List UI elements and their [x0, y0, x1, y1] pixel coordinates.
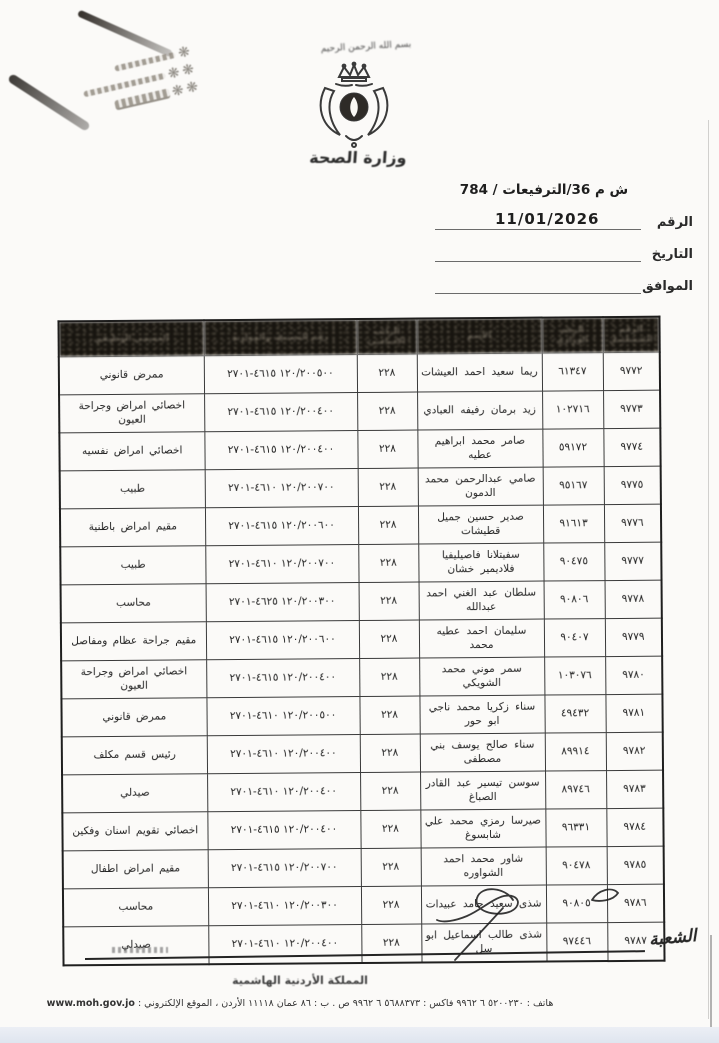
- cell-ministerial-number: ٩٠٤٧٨: [546, 847, 607, 885]
- promotions-table-wrapper: الرقم المتسلسل الرقم الوزاري الاسم الرات…: [57, 316, 663, 967]
- cell-job-title: اخصائي امراض وجراحة العيون: [59, 394, 204, 433]
- cell-job-title: محاسب: [61, 584, 206, 623]
- cell-name: شاور محمد احمد الشواوره: [421, 847, 546, 886]
- cell-base-number: ٢٢٨: [359, 696, 419, 734]
- cell-base-number: ٢٢٨: [360, 772, 420, 810]
- header-grade-code: رقم التصنيف والموازنة: [203, 319, 356, 356]
- cell-grade-code: ١٢٠/٢٠٠٧٠٠ ٤٦١٠-٢٧٠١: [205, 469, 358, 508]
- cell-job-title: اخصائي امراض نفسيه: [59, 432, 204, 471]
- cell-name: زيد برمان رفيفه العبادي: [417, 391, 542, 430]
- cell-base-number: ٢٢٨: [361, 886, 421, 924]
- cell-job-title: طبيب: [60, 470, 205, 509]
- reference-number-line: ش م 36/الترفيعات / 784: [423, 182, 665, 198]
- cell-base-number: ٢٢٨: [359, 658, 419, 696]
- cell-grade-code: ١٢٠/٢٠٠٦٠٠ ٤٦١٥-٢٧٠١: [206, 621, 359, 660]
- cell-name: ريما سعيد احمد العيشات: [417, 353, 542, 392]
- cell-grade-code: ١٢٠/٢٠٠٧٠٠ ٤٦١٥-٢٧٠١: [208, 849, 361, 888]
- corresponding-underline: [435, 279, 641, 294]
- cell-serial: ٩٧٨٤: [606, 808, 663, 846]
- cell-ministerial-number: ٩١٦١٣: [543, 505, 604, 543]
- ministry-title: وزارة الصحة: [287, 148, 428, 167]
- table-row: ٩٧٨٢ ٨٩٩١٤ سناء صالح يوسف بني مصطفى ٢٢٨ …: [62, 732, 663, 775]
- cell-ministerial-number: ٨٩٧٤٦: [545, 771, 606, 809]
- website-text: www.moh.gov.jo: [47, 998, 135, 1009]
- date-label: التاريخ: [641, 247, 693, 262]
- basmala-calligraphy: بسم الله الرحمن الرحيم: [318, 39, 414, 54]
- handwritten-signature: [415, 882, 575, 971]
- cell-ministerial-number: ٦١٣٤٧: [542, 353, 603, 391]
- kingdom-name: المملكة الأردنية الهاشمية: [0, 974, 600, 987]
- cell-job-title: اخصائي امراض وجراحة العيون: [61, 660, 206, 699]
- cell-ministerial-number: ٩٥١٦٧: [543, 467, 604, 505]
- cell-base-number: ٢٢٨: [357, 392, 417, 430]
- cell-grade-code: ١٢٠/٢٠٠٤٠٠ ٤٦١٥-٢٧٠١: [206, 659, 359, 698]
- cell-serial: ٩٧٨٥: [607, 846, 664, 884]
- promotion-table-body: ٩٧٧٢ ٦١٣٤٧ ريما سعيد احمد العيشات ٢٢٨ ١٢…: [59, 352, 665, 965]
- cell-ministerial-number: ٥٩١٧٢: [542, 429, 603, 467]
- cell-job-title: مقيم جراحة عظام ومفاصل: [61, 622, 206, 661]
- cell-name: سناء زكريا محمد ناجي ابو حور: [419, 695, 544, 734]
- cell-name: سوسن تيسير عبد القادر الصباغ: [420, 771, 545, 810]
- crest-graphic: [311, 60, 397, 150]
- cell-grade-code: ١٢٠/٢٠٠٤٠٠ ٤٦١٠-٢٧٠١: [207, 773, 360, 812]
- rubber-stamp: ❋ ❋ ❋ ❋ ❋: [32, 41, 201, 134]
- cell-job-title: صيدلي: [62, 774, 207, 813]
- cell-serial: ٩٧٧٥: [604, 466, 661, 504]
- field-number: الرقم 11/01/2026: [423, 215, 693, 230]
- cell-name: صدير حسين جميل قطيشات: [418, 505, 543, 544]
- scan-edge-shadow: [710, 935, 712, 1027]
- cell-base-number: ٢٢٨: [358, 506, 418, 544]
- table-row: ٩٧٧٦ ٩١٦١٣ صدير حسين جميل قطيشات ٢٢٨ ١٢٠…: [60, 504, 661, 547]
- cell-name: صامر محمد ابراهيم عطيه: [417, 429, 542, 468]
- cell-grade-code: ١٢٠/٢٠٠٤٠٠ ٤٦١٥-٢٧٠١: [204, 393, 357, 432]
- table-header: الرقم المتسلسل الرقم الوزاري الاسم الرات…: [58, 317, 659, 357]
- cell-serial: ٩٧٧٩: [605, 618, 662, 656]
- cell-grade-code: ١٢٠/٢٠٠٤٠٠ ٤٦١٠-٢٧٠١: [207, 735, 360, 774]
- cell-serial: ٩٧٧٢: [603, 352, 660, 390]
- jordan-royal-crest: [311, 60, 397, 154]
- number-label: الرقم: [641, 215, 693, 230]
- cell-name: سلطان عبد الغني احمد عبدالله: [419, 581, 544, 620]
- scanned-document-page: ❋ ❋ ❋ ❋ ❋ بسم الله الرحمن الرحيم: [0, 0, 719, 1043]
- handwritten-check-mark: [586, 884, 630, 914]
- header-ministerial-number: الرقم الوزاري: [541, 317, 602, 353]
- flower-star-icon: ❋: [177, 45, 192, 61]
- cell-serial: ٩٧٨١: [605, 694, 662, 732]
- cell-base-number: ٢٢٨: [358, 544, 418, 582]
- cell-ministerial-number: ٩٠٤٧٥: [543, 543, 604, 581]
- table-row: ٩٧٨٠ ١٠٣٠٧٦ سمر موني محمد الشويكي ٢٢٨ ١٢…: [61, 656, 662, 699]
- cell-ministerial-number: ٤٩٤٣٢: [544, 695, 605, 733]
- cell-base-number: ٢٢٨: [357, 430, 417, 468]
- cell-grade-code: ١٢٠/٢٠٠٤٠٠ ٤٦١٥-٢٧٠١: [204, 431, 357, 470]
- cell-job-title: مقيم امراض اطفال: [63, 850, 208, 889]
- cell-base-number: ٢٢٨: [358, 468, 418, 506]
- cell-grade-code: ١٢٠/٢٠٠٤٠٠ ٤٦١٠-٢٧٠١: [208, 925, 361, 965]
- cell-ministerial-number: ٩٠٨٠٦: [544, 581, 605, 619]
- cell-base-number: ٢٢٨: [361, 924, 421, 963]
- cell-ministerial-number: ١٠٣٠٧٦: [544, 657, 605, 695]
- header-job-title: المسمى الوظيفي: [58, 320, 203, 357]
- cell-serial: ٩٧٧٣: [603, 390, 660, 428]
- field-date: التاريخ: [423, 247, 693, 262]
- cell-grade-code: ١٢٠/٢٠٠٣٠٠ ٤٦١٠-٢٧٠١: [208, 887, 361, 926]
- reference-block: ش م 36/الترفيعات / 784 الرقم 11/01/2026 …: [423, 182, 693, 294]
- cell-name: صيرسا رمزي محمد علي شابسوغ: [420, 809, 545, 848]
- cell-serial: ٩٧٨٣: [606, 770, 663, 808]
- cell-ministerial-number: ٩٦٣٣١: [545, 809, 606, 847]
- cell-grade-code: ١٢٠/٢٠٠٤٠٠ ٤٦١٥-٢٧٠١: [207, 811, 360, 850]
- flower-star-icon: ❋: [185, 80, 200, 96]
- cell-serial: ٩٧٧٤: [603, 428, 660, 466]
- header-base-number: الراتب الاساسي: [356, 319, 416, 355]
- contact-line: هاتف : ٥٢٠٠٢٣٠ ٦ ٩٩٦٢ فاكس : ٥٦٨٨٣٧٣ ٦ ٩…: [0, 998, 600, 1009]
- cell-base-number: ٢٢٨: [359, 582, 419, 620]
- cell-job-title: طبيب: [60, 546, 205, 585]
- table-row: ٩٧٧٩ ٩٠٤٠٧ سليمان احمد عطيه محمد ٢٢٨ ١٢٠…: [61, 618, 662, 661]
- cell-ministerial-number: ٩٠٤٠٧: [544, 619, 605, 657]
- cell-base-number: ٢٢٨: [359, 620, 419, 658]
- date-underline: [435, 247, 641, 262]
- cell-name: سناء صالح يوسف بني مصطفى: [420, 733, 545, 772]
- cell-grade-code: ١٢٠/٢٠٠٥٠٠ ٤٦١٠-٢٧٠١: [206, 697, 359, 736]
- date-value: 11/01/2026: [495, 210, 599, 228]
- handwritten-annotation: الشعبة: [649, 926, 698, 950]
- cell-job-title: اخصائي تقويم اسنان وفكين: [62, 812, 207, 851]
- cell-job-title: محاسب: [63, 888, 208, 927]
- table-row: ٩٧٧٣ ١٠٢٧١٦ زيد برمان رفيفه العبادي ٢٢٨ …: [59, 390, 660, 433]
- scan-edge-shadow: [708, 120, 709, 1019]
- scan-bottom-edge: [0, 1027, 719, 1043]
- cell-ministerial-number: ٨٩٩١٤: [545, 733, 606, 771]
- flower-star-icon: ❋: [181, 62, 196, 78]
- header-name: الاسم: [416, 318, 541, 354]
- cell-base-number: ٢٢٨: [357, 354, 417, 392]
- table-row: ٩٧٨٤ ٩٦٣٣١ صيرسا رمزي محمد علي شابسوغ ٢٢…: [62, 808, 663, 851]
- illegible-small-script: [112, 947, 168, 953]
- cell-grade-code: ١٢٠/٢٠٠٥٠٠ ٤٦١٥-٢٧٠١: [204, 355, 357, 394]
- flower-star-icon: ❋: [167, 65, 182, 81]
- cell-grade-code: ١٢٠/٢٠٠٣٠٠ ٤٦٢٥-٢٧٠١: [206, 583, 359, 622]
- cell-job-title: رئيس قسم مكلف: [62, 736, 207, 775]
- table-row: ٩٧٧٢ ٦١٣٤٧ ريما سعيد احمد العيشات ٢٢٨ ١٢…: [59, 352, 660, 395]
- cell-name: سليمان احمد عطيه محمد: [419, 619, 544, 658]
- table-row: ٩٧٧٥ ٩٥١٦٧ صامي عبدالرحمن محمد الدمون ٢٢…: [60, 466, 661, 509]
- contact-text: هاتف : ٥٢٠٠٢٣٠ ٦ ٩٩٦٢ فاكس : ٥٦٨٨٣٧٣ ٦ ٩…: [135, 998, 553, 1009]
- cell-serial: ٩٧٨٠: [605, 656, 662, 694]
- cell-job-title: ممرض قانوني: [61, 698, 206, 737]
- cell-base-number: ٢٢٨: [360, 810, 420, 848]
- table-row: ٩٧٧٧ ٩٠٤٧٥ سفيتلانا فاصيليفيا فلاديمير خ…: [60, 542, 661, 585]
- cell-grade-code: ١٢٠/٢٠٠٦٠٠ ٤٦١٥-٢٧٠١: [205, 507, 358, 546]
- cell-serial: ٩٧٧٧: [604, 542, 661, 580]
- cell-ministerial-number: ١٠٢٧١٦: [542, 391, 603, 429]
- cell-base-number: ٢٢٨: [361, 848, 421, 886]
- cell-serial: ٩٧٧٨: [605, 580, 662, 618]
- field-corresponding: الموافق: [423, 279, 693, 294]
- cell-job-title: ممرض قانوني: [59, 356, 204, 395]
- table-row: ٩٧٨٣ ٨٩٧٤٦ سوسن تيسير عبد القادر الصباغ …: [62, 770, 663, 813]
- cell-name: صامي عبدالرحمن محمد الدمون: [418, 467, 543, 506]
- table-row: ٩٧٨١ ٤٩٤٣٢ سناء زكريا محمد ناجي ابو حور …: [61, 694, 662, 737]
- cell-grade-code: ١٢٠/٢٠٠٧٠٠ ٤٦١٠-٢٧٠١: [205, 545, 358, 584]
- table-row: ٩٧٧٤ ٥٩١٧٢ صامر محمد ابراهيم عطيه ٢٢٨ ١٢…: [59, 428, 660, 471]
- cell-job-title: مقيم امراض باطنية: [60, 508, 205, 547]
- cell-serial: ٩٧٨٢: [606, 732, 663, 770]
- flower-star-icon: ❋: [171, 83, 186, 99]
- header-serial: الرقم المتسلسل: [602, 317, 659, 353]
- cell-name: سفيتلانا فاصيليفيا فلاديمير خشان: [418, 543, 543, 582]
- table-row: ٩٧٧٨ ٩٠٨٠٦ سلطان عبد الغني احمد عبدالله …: [61, 580, 662, 623]
- cell-name: سمر موني محمد الشويكي: [419, 657, 544, 696]
- cell-base-number: ٢٢٨: [360, 734, 420, 772]
- corresponding-label: الموافق: [641, 279, 693, 294]
- promotions-table: الرقم المتسلسل الرقم الوزاري الاسم الرات…: [57, 316, 665, 967]
- cell-serial: ٩٧٧٦: [604, 504, 661, 542]
